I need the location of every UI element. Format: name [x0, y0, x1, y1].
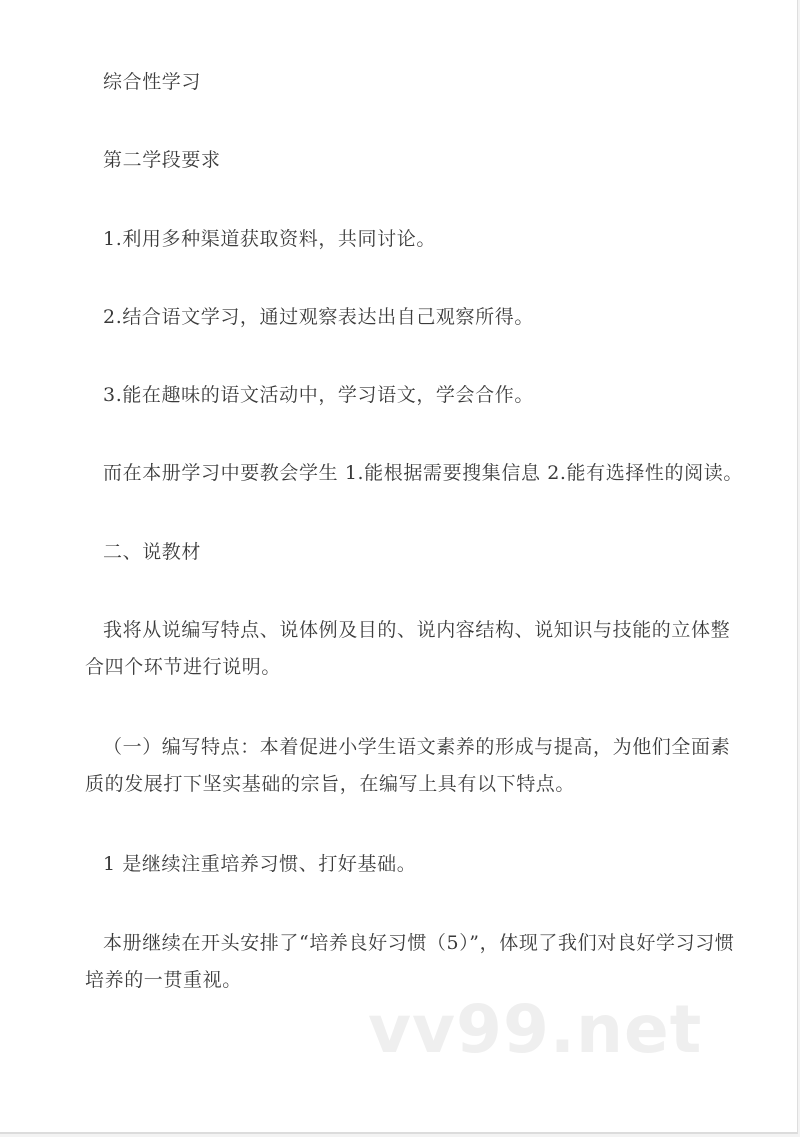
requirement-item-1: 1.利用多种渠道获取资料，共同讨论。 [103, 227, 436, 251]
intro-paragraph-line-2: 合四个环节进行说明。 [85, 655, 281, 679]
heading-comprehensive-study: 综合性学习 [103, 70, 201, 94]
book-goal-paragraph: 而在本册学习中要教会学生 1.能根据需要搜集信息 2.能有选择性的阅读。 [103, 461, 743, 485]
section-heading-textbook: 二、说教材 [103, 540, 201, 564]
features-paragraph-line-2: 质的发展打下坚实基础的宗旨，在编写上具有以下特点。 [85, 772, 575, 796]
intro-paragraph-line-1: 我将从说编写特点、说体例及目的、说内容结构、说知识与技能的立体整 [103, 618, 730, 642]
feature-item-1: 1 是继续注重培养习惯、打好基础。 [103, 852, 416, 876]
watermark: vv99.net [368, 995, 702, 1065]
requirement-item-2: 2.结合语文学习，通过观察表达出自己观察所得。 [103, 305, 534, 329]
features-paragraph-line-1: （一）编写特点：本着促进小学生语文素养的形成与提高，为他们全面素 [103, 735, 730, 759]
requirement-item-3: 3.能在趣味的语文活动中，学习语文，学会合作。 [103, 383, 534, 407]
heading-second-stage: 第二学段要求 [103, 148, 221, 172]
document-page: 综合性学习 第二学段要求 1.利用多种渠道获取资料，共同讨论。 2.结合语文学习… [0, 0, 798, 1134]
habit-paragraph-line-1: 本册继续在开头安排了“培养良好习惯（5）”，体现了我们对良好学习习惯 [103, 931, 734, 955]
habit-paragraph-line-2: 培养的一贯重视。 [85, 968, 242, 992]
